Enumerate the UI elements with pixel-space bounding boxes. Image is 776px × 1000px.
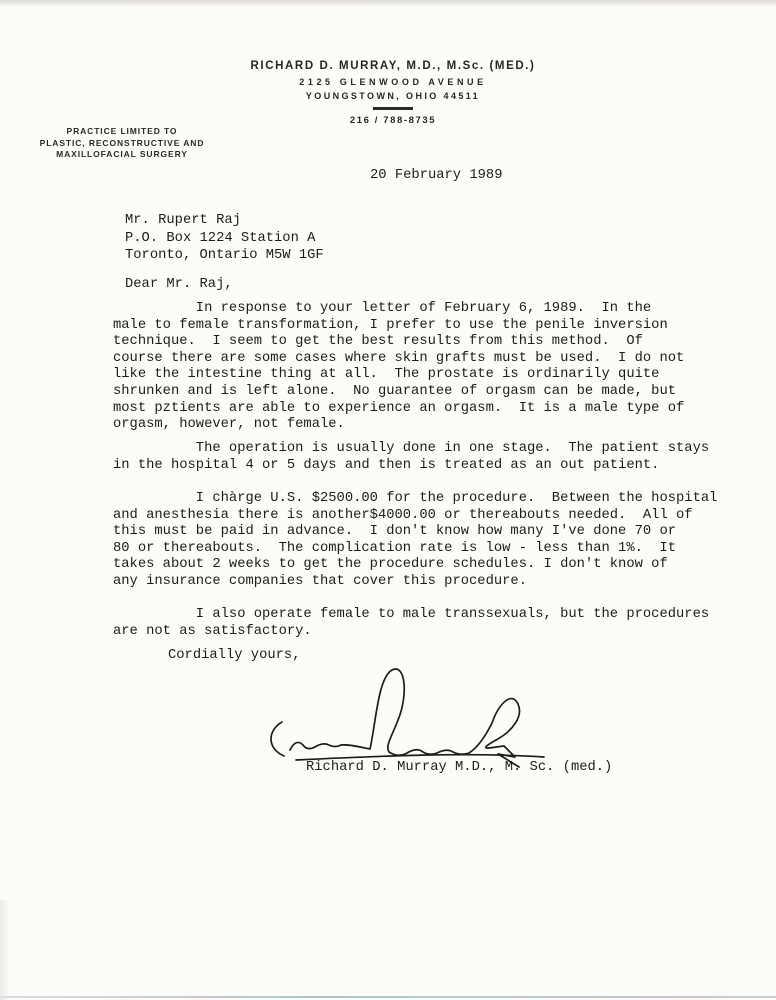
body-paragraph-4: I also operate female to male transsexua… [113, 607, 709, 640]
letterhead-phone: 216 / 788-8735 [10, 115, 776, 126]
scan-top-edge [0, 0, 776, 7]
letterhead-street-address: 2125 GLENWOOD AVENUE [10, 77, 776, 87]
body-paragraph-1: In response to your letter of February 6… [113, 301, 684, 434]
handwritten-signature [258, 660, 568, 770]
letterhead-divider [373, 107, 413, 110]
typed-signature-name: Richard D. Murray M.D., M. Sc. (med.) [306, 760, 612, 777]
letter-page: RICHARD D. MURRAY, M.D., M.Sc. (MED.) 21… [0, 0, 776, 1000]
signature-icon [258, 660, 568, 770]
scan-bottom-edge [0, 996, 776, 998]
letterhead: RICHARD D. MURRAY, M.D., M.Sc. (MED.) 21… [0, 60, 776, 126]
practice-note: PRACTICE LIMITED TO PLASTIC, RECONSTRUCT… [24, 126, 220, 161]
letterhead-city-line: YOUNGSTOWN, OHIO 44511 [10, 91, 776, 101]
body-paragraph-2: The operation is usually done in one sta… [113, 441, 709, 474]
letter-date: 20 February 1989 [370, 168, 502, 185]
body-paragraph-3: I chàrge U.S. $2500.00 for the procedure… [113, 491, 717, 591]
salutation: Dear Mr. Raj, [125, 277, 233, 294]
recipient-address: Mr. Rupert Raj P.O. Box 1224 Station A T… [125, 212, 324, 265]
doctor-name: RICHARD D. MURRAY, M.D., M.Sc. (MED.) [10, 60, 776, 72]
scan-left-edge [0, 900, 10, 1000]
